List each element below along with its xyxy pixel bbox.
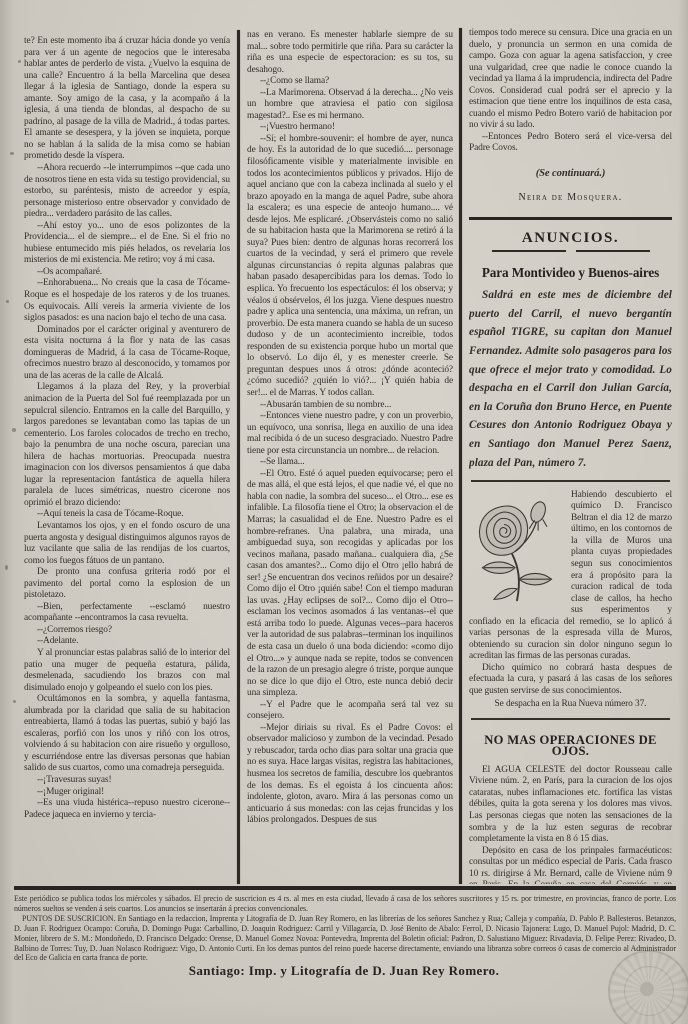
column-1: te? En este momento iba á cruzar hácia d… [24,36,230,882]
subscription-points: PUNTOS DE SUSCRICION. En Santiago en la … [14,914,676,964]
serial-paragraph: Llegamos á la plaza del Rey, y la prover… [24,382,230,509]
serial-paragraph: --El Otro. Esté ó aquel pueden equivocar… [247,469,453,700]
serial-paragraph: Ocultámonos en la sombra, y aquella fant… [24,694,230,775]
ad-divider-rule [471,718,670,720]
serial-paragraph: --Os acompañaré. [24,267,230,279]
serial-paragraph: nas en verano. Es menester hablarle siem… [247,30,453,76]
serial-paragraph: te? En este momento iba á cruzar hácia d… [24,36,230,163]
serial-paragraph: Dominados por el carácter original y ave… [24,325,230,383]
paper-speck [18,60,21,63]
ad-callos-paragraph: Dicho químico no cobrará hasta despues d… [469,663,672,698]
column-2: nas en verano. Es menester hablarle siem… [247,30,453,883]
serial-paragraph: --¿Como se llama? [247,76,453,88]
serial-paragraph: Levantamos los ojos, y en el fondo oscur… [24,521,230,567]
ad-body-tigre: Saldrá en este mes de diciembre del puer… [469,286,672,472]
rose-engraving-image [469,492,565,604]
serial-paragraph: Y al pronunciar estas palabras salió de … [24,648,230,694]
masthead-footer: Este periódico se publica todos los miér… [14,894,676,963]
imprint-line: Santiago: Imp. y Litografía de D. Juan R… [0,963,688,979]
column-divider-rule [237,30,240,884]
serial-paragraph: --Bien, perfectamente --esclamó nuestro … [24,602,230,625]
paper-speck [5,565,8,570]
serial-paragraph: --Mejor diriais su rival. Es el Padre Co… [247,723,453,827]
continuation-note: (Se continuará.) [469,168,672,180]
column-divider-rule [459,28,462,884]
paper-speck [6,300,9,303]
serial-paragraph: --Aquí teneis la casa de Tócame-Roque. [24,509,230,521]
ad-ojos-paragraph: El AGUA CELESTE del doctor Rousseau call… [469,765,672,846]
paper-speck [12,428,16,432]
heading-underline-rule [469,250,672,252]
serial-paragraph: --Entonces Pedro Botero será el vice-ver… [469,132,672,155]
rose-icon [469,492,565,604]
serial-paragraph: --¡Vuestro hermano! [247,122,453,134]
author-signature: Neira de Mosquera. [469,192,672,204]
ad-callos: Habiendo descubierto el químico D. Franc… [469,490,672,710]
serial-paragraph: --Adelante. [24,636,230,648]
serial-paragraph: --Sí; el hombre-souvenir: el hombre de a… [247,134,453,400]
serial-paragraph: --¡Muger original! [24,787,230,799]
serial-paragraph: --Es una viuda histérica--repuso nuestro… [24,798,230,821]
serial-paragraph: --La Marimorena. Observad á la derecha..… [247,88,453,123]
serial-paragraph: --Ahí estoy yo... uno de esos polizontes… [24,221,230,267]
footer-rule [14,886,676,890]
ad-title-ojos: NO MAS OPERACIONES DE OJOS. [469,735,672,758]
ad-divider-rule [471,480,670,482]
subscription-notice: Este periódico se publica todos los miér… [14,894,676,914]
serial-paragraph: tiempos todo merece su censura. Dice una… [469,28,672,132]
serial-paragraph: --Y el Padre que le acompaña será tal ve… [247,700,453,723]
paper-speck [10,152,14,155]
anuncios-heading: ANUNCIOS. [469,233,672,245]
section-divider-rule [469,217,672,220]
serial-paragraph: --Enhorabuena... No creais que la casa d… [24,278,230,324]
serial-paragraph: --¡Travesuras suyas! [24,775,230,787]
ad-ojos-paragraph: Depósito en casa de los prinpales farmac… [469,846,672,884]
serial-paragraph: --¿Corremos riesgo? [24,625,230,637]
paper-speck [13,700,16,703]
ad-title-montevideo: Para Montivideo y Buenos-aires [469,267,672,279]
serial-paragraph: De pronto una confusa griteria rodó por … [24,567,230,602]
serial-paragraph: --Entonces viene nuestro padre, y con un… [247,411,453,457]
serial-paragraph: --Se llama... [247,457,453,469]
newspaper-page: te? En este momento iba á cruzar hácia d… [0,0,688,1024]
library-stamp [608,950,688,1024]
dispatch-line: Se despacha en la Rua Nueva número 37. [469,699,672,711]
stamp-core [640,982,654,996]
column-3: tiempos todo merece su censura. Dice una… [469,28,672,884]
serial-paragraph: --Abusarán tambien de su nombre... [247,400,453,412]
serial-paragraph: --Ahora recuerdo --le interrumpimos --qu… [24,163,230,221]
